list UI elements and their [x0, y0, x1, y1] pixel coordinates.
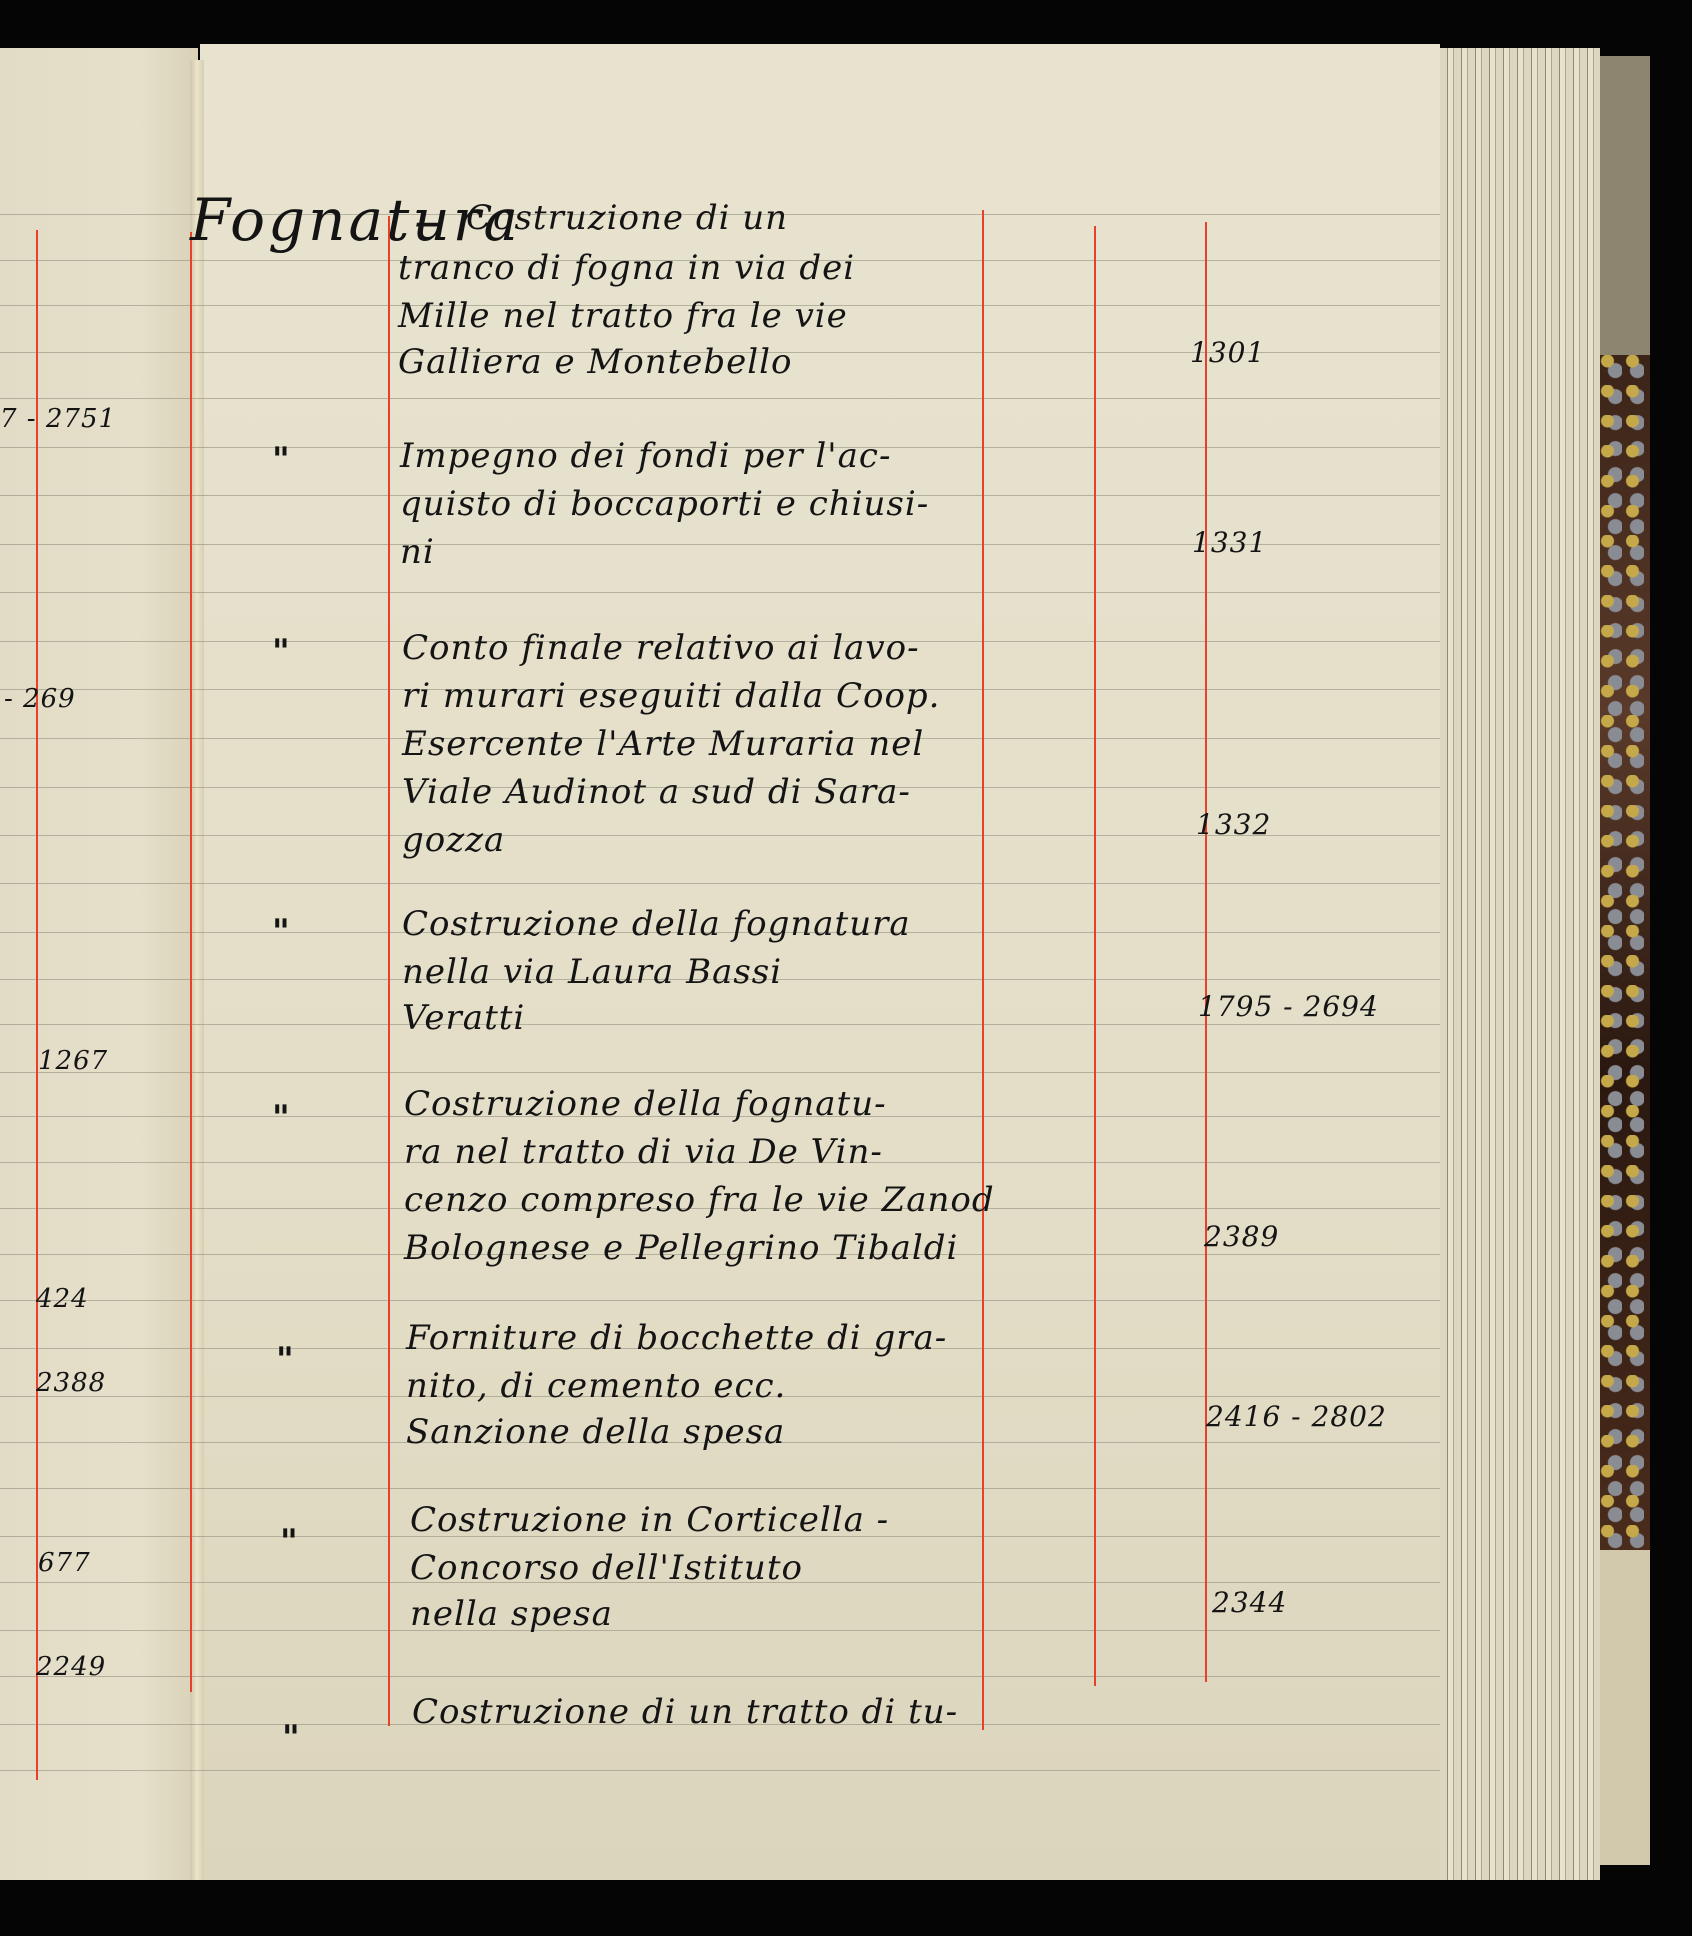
- left-page-number: 1267: [38, 1046, 108, 1076]
- entry-line: nito, di cemento ecc.: [406, 1366, 786, 1406]
- entry-line: Concorso dell'Istituto: [410, 1548, 803, 1588]
- entry-line: Impegno dei fondi per l'ac-: [400, 436, 891, 476]
- entry-line: gozza: [402, 820, 505, 860]
- entry-line: Galliera e Montebello: [398, 342, 793, 382]
- ditto-mark: ": [272, 1098, 291, 1138]
- ditto-mark: ": [272, 632, 291, 672]
- left-page-number: 7 - 2751: [0, 404, 116, 434]
- entry-reference-number: 1795 - 2694: [1198, 990, 1379, 1023]
- binding-corner-top: [1600, 56, 1650, 356]
- ditto-mark: ": [280, 1522, 299, 1562]
- ditto-mark: ": [272, 912, 291, 952]
- page-edges-stack: [1440, 48, 1600, 1880]
- entry-line: Bolognese e Pellegrino Tibaldi: [404, 1228, 958, 1268]
- heading-continuation: Costruzione di un: [466, 198, 788, 238]
- ditto-mark: ": [282, 1718, 301, 1758]
- entry-line: tranco di fogna in via dei: [398, 248, 855, 288]
- entry-line: ni: [400, 532, 435, 572]
- left-page-number: - 269: [4, 684, 76, 714]
- ditto-mark: ": [272, 440, 291, 480]
- entry-line: Costruzione di un tratto di tu-: [412, 1692, 958, 1732]
- entry-line: Sanzione della spesa: [406, 1412, 785, 1452]
- entry-line: Costruzione della fognatu-: [404, 1084, 887, 1124]
- heading-dash: –: [414, 186, 446, 254]
- entry-line: Costruzione in Corticella -: [410, 1500, 889, 1540]
- entry-line: ra nel tratto di via De Vin-: [404, 1132, 883, 1172]
- binding-corner-bottom: [1600, 1550, 1650, 1865]
- entry-reference-number: 2344: [1212, 1586, 1287, 1619]
- left-page-number: 2249: [36, 1652, 106, 1682]
- marbled-cover: [1600, 355, 1650, 1550]
- entry-line: quisto di boccaporti e chiusi-: [400, 484, 929, 524]
- entry-line: ri murari eseguiti dalla Coop.: [402, 676, 941, 716]
- entry-line: nella via Laura Bassi: [402, 952, 782, 992]
- entry-reference-number: 2389: [1204, 1220, 1279, 1253]
- book-gutter: [190, 60, 204, 1880]
- left-page-number: 2388: [36, 1368, 106, 1398]
- entry-line: nella spesa: [410, 1594, 613, 1634]
- entry-line: Costruzione della fognatura: [402, 904, 911, 944]
- entry-reference-number: 1332: [1196, 808, 1271, 841]
- left-page-number: 677: [38, 1548, 91, 1578]
- entry-reference-number: 1301: [1190, 336, 1265, 369]
- left-page-number: 424: [36, 1284, 89, 1314]
- ditto-mark: ": [276, 1340, 295, 1380]
- entry-reference-number: 2416 - 2802: [1206, 1400, 1387, 1433]
- entry-line: Esercente l'Arte Muraria nel: [402, 724, 924, 764]
- entry-line: Conto finale relativo ai lavo-: [402, 628, 920, 668]
- entry-line: Viale Audinot a sud di Sara-: [402, 772, 911, 812]
- left-page: [0, 48, 198, 1880]
- entry-line: Forniture di bocchette di gra-: [406, 1318, 947, 1358]
- entry-line: cenzo compreso fra le vie Zanod: [404, 1180, 995, 1220]
- entry-line: Mille nel tratto fra le vie: [398, 296, 848, 336]
- entry-reference-number: 1331: [1192, 526, 1267, 559]
- entry-line: Veratti: [402, 998, 525, 1038]
